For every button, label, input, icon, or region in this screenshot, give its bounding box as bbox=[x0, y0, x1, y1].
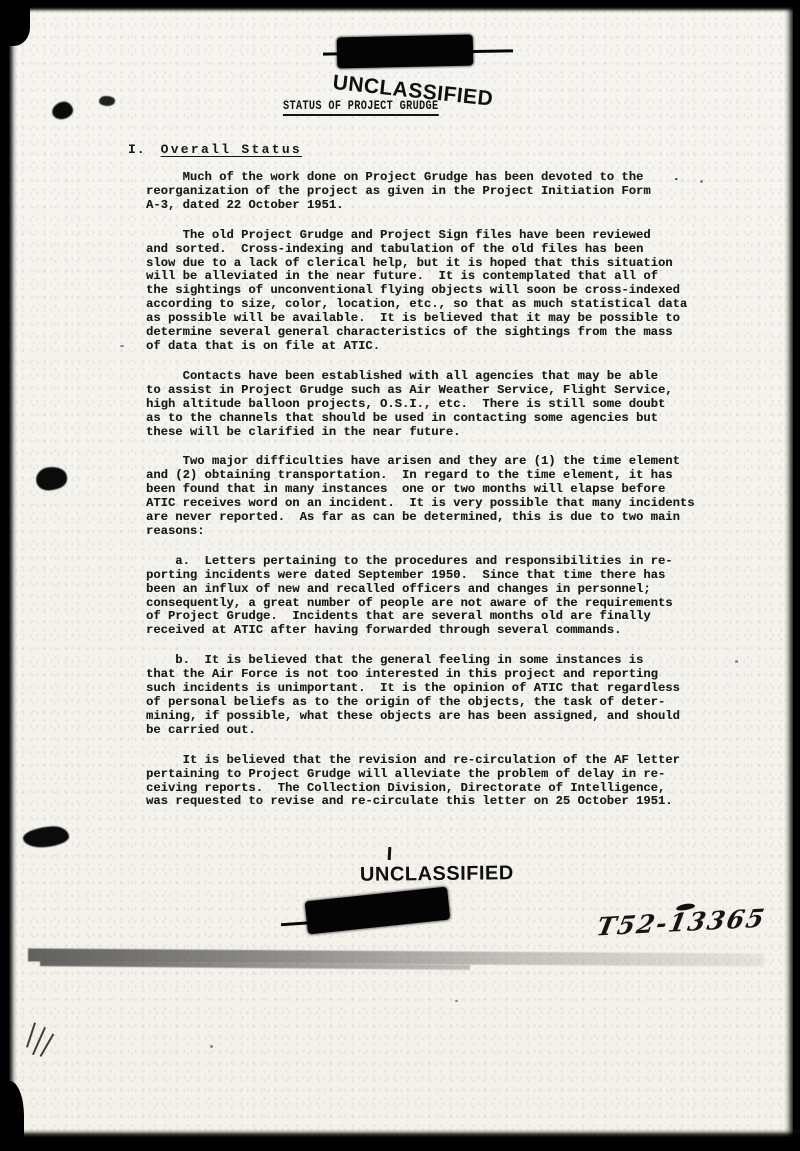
paragraph: a. Letters pertaining to the procedures … bbox=[146, 555, 746, 638]
scan-corner-top-left bbox=[0, 0, 30, 46]
paragraph: Much of the work done on Project Grudge … bbox=[146, 171, 746, 213]
document-title: STATUS OF PROJECT GRUDGE bbox=[283, 99, 439, 116]
document-body: Much of the work done on Project Grudge … bbox=[146, 171, 746, 825]
paragraph: The old Project Grudge and Project Sign … bbox=[146, 229, 746, 354]
ink-blot bbox=[99, 96, 115, 106]
paragraph: It is believed that the revision and re-… bbox=[146, 754, 746, 810]
section-heading: I.Overall Status bbox=[128, 142, 302, 157]
dust-speck bbox=[210, 1045, 213, 1048]
paragraph: b. It is believed that the general feeli… bbox=[146, 654, 746, 737]
section-numeral: I. bbox=[128, 142, 146, 157]
scan-edge-right bbox=[784, 6, 800, 1151]
dust-speck bbox=[735, 660, 738, 663]
scan-edge-left bbox=[0, 0, 17, 1151]
paragraph: Two major difficulties have arisen and t… bbox=[146, 455, 746, 538]
dust-speck bbox=[700, 180, 703, 183]
dust-speck bbox=[120, 345, 124, 347]
unclassified-stamp-bottom: UNCLASSIFIED bbox=[360, 862, 514, 887]
section-heading-text: Overall Status bbox=[161, 142, 302, 157]
paragraph: Contacts have been established with all … bbox=[146, 370, 746, 440]
scan-edge-bottom bbox=[0, 1129, 800, 1151]
scanned-document-page: UNCLASSIFIED STATUS OF PROJECT GRUDGE I.… bbox=[0, 0, 800, 1151]
redaction-bar-top bbox=[337, 35, 474, 69]
scan-edge-top bbox=[0, 0, 800, 13]
dust-speck bbox=[455, 1000, 458, 1002]
